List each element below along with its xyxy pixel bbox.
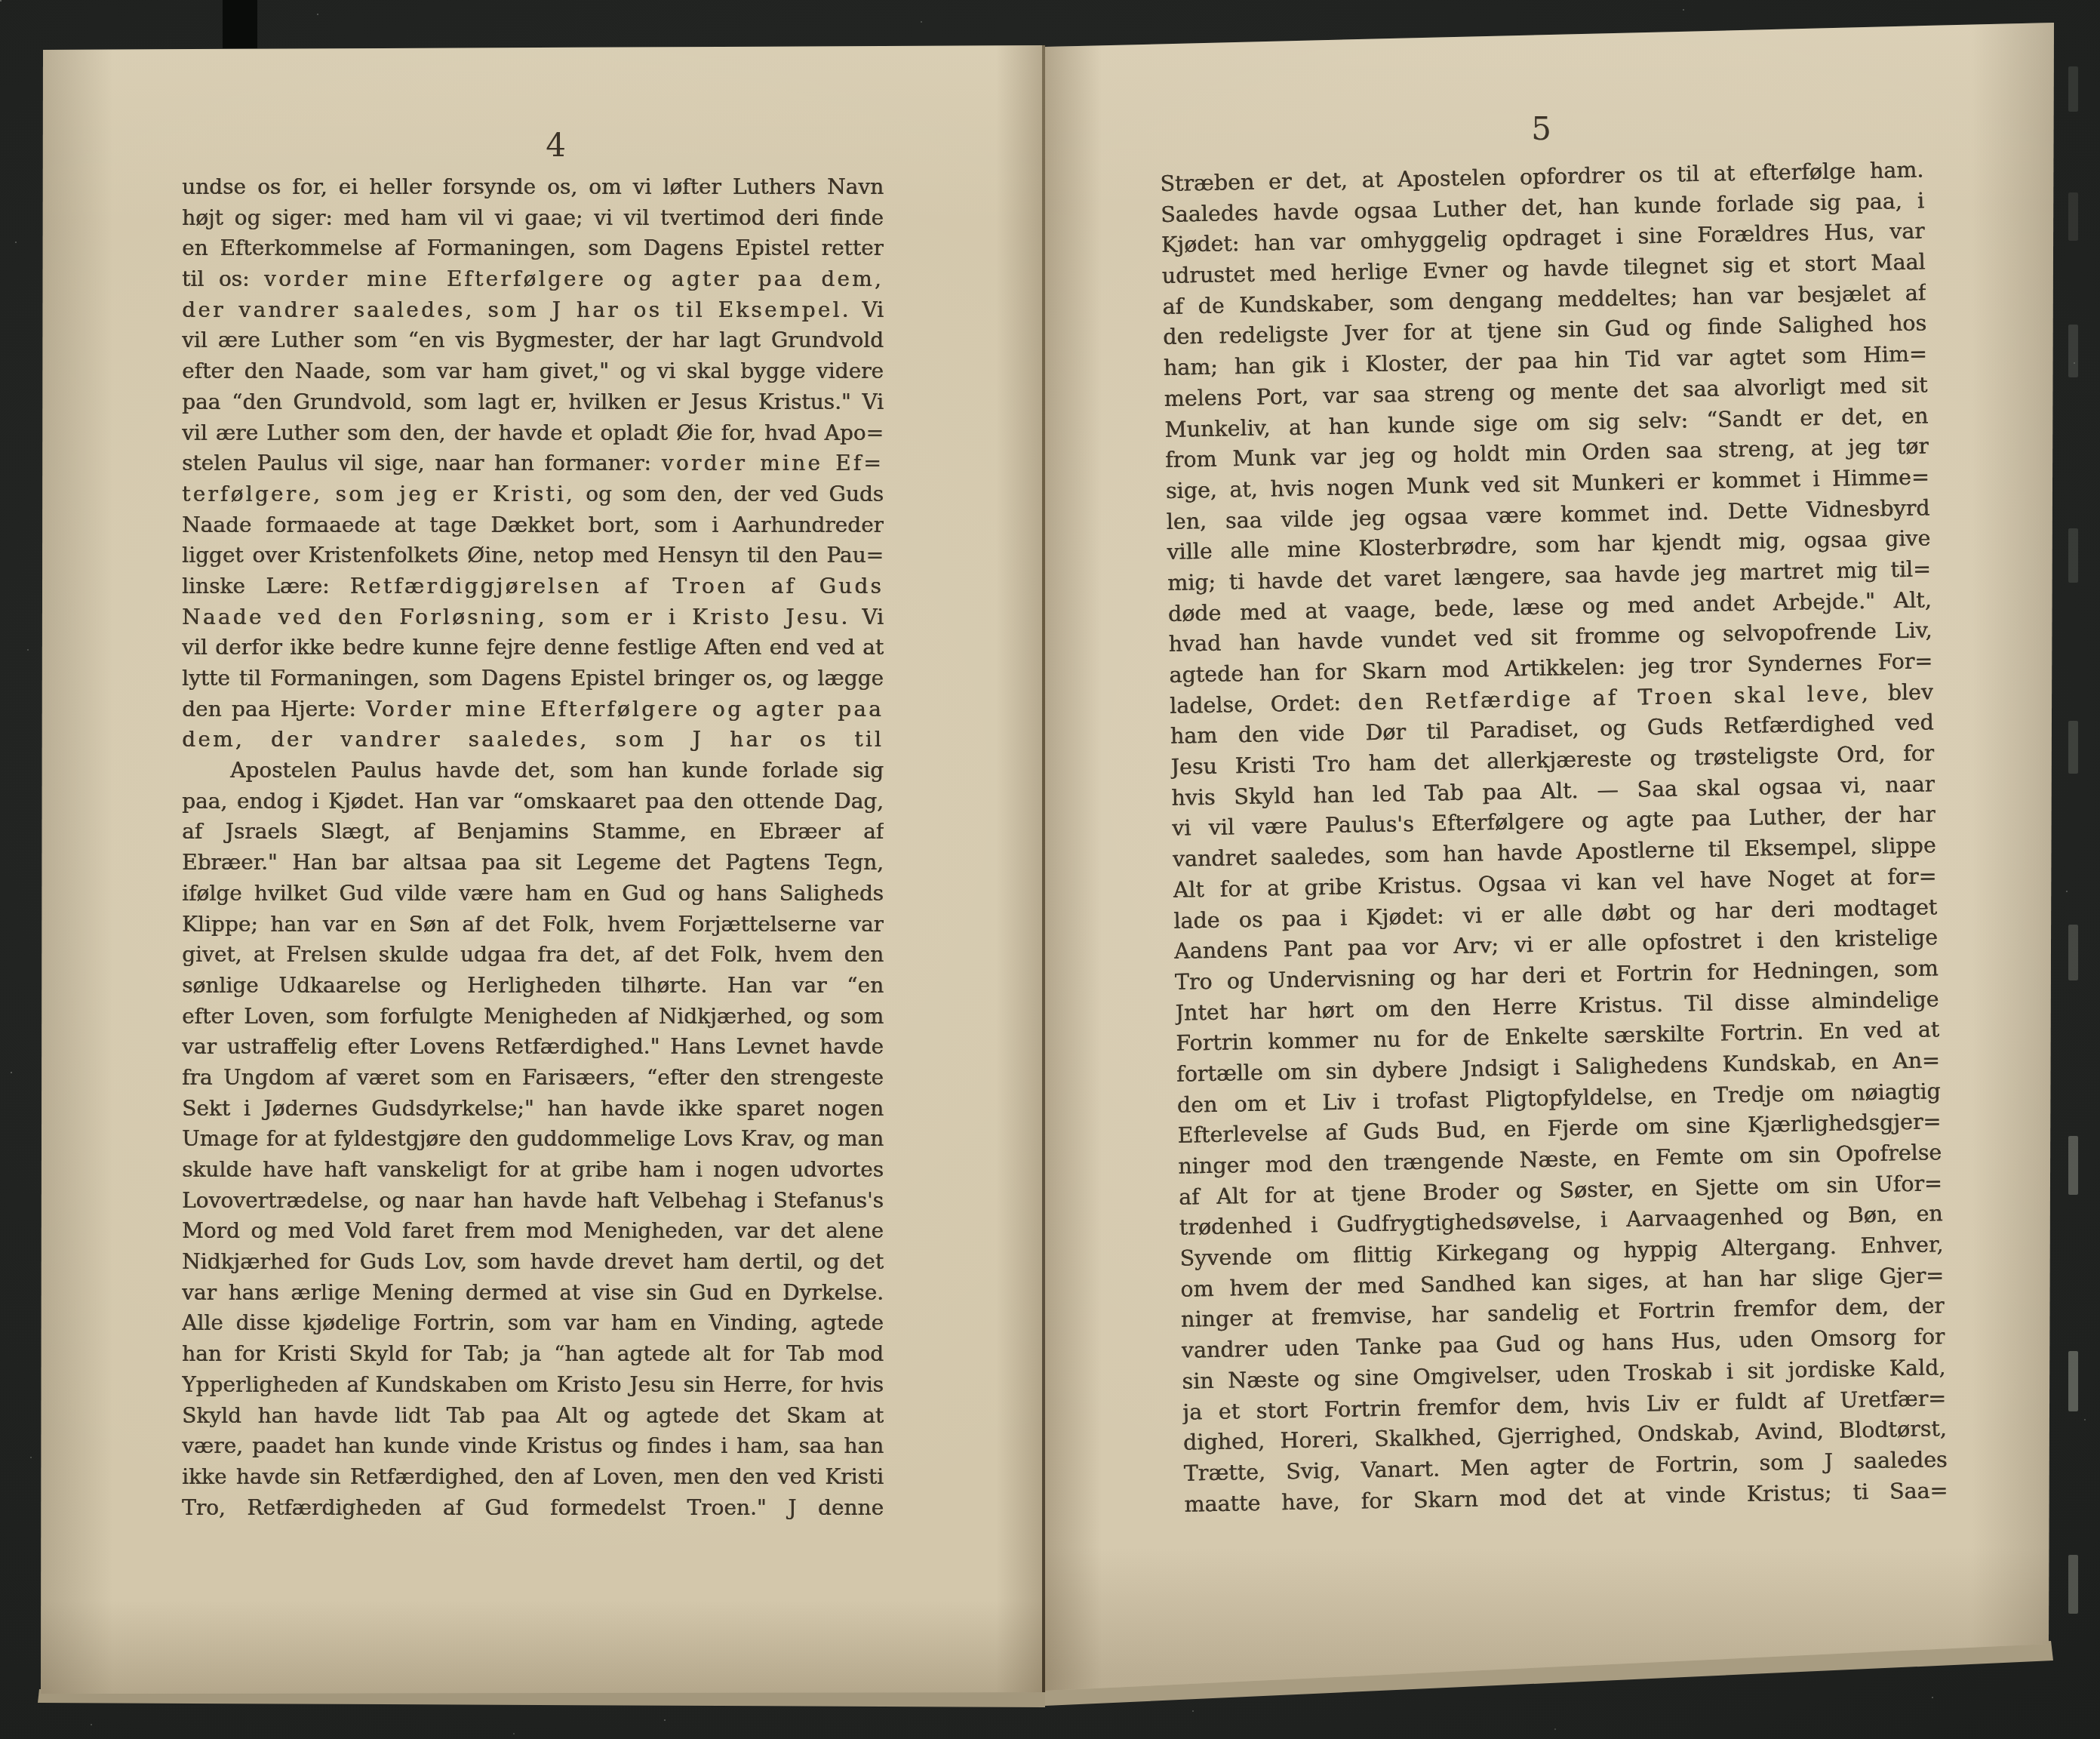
text-segment: og som den, der ved Guds	[575, 482, 884, 506]
text-segment: Klippe; han var en Søn af det Folk, hvem…	[182, 912, 884, 937]
text-segment: Mord og med Vold faret frem mod Menighed…	[182, 1218, 884, 1243]
text-line: Sekt i Jødernes Gudsdyrkelse;" han havde…	[182, 1094, 884, 1125]
binding-mark	[2068, 1136, 2078, 1195]
text-segment: til os:	[182, 266, 264, 291]
emphasized-text-segment: dem, der vandrer saaledes, som J har os …	[182, 727, 884, 756]
text-segment: den paa Hjerte:	[182, 697, 366, 722]
text-line: var hans ærlige Mening dermed at vise si…	[182, 1278, 884, 1309]
text-line: en Efterkommelse af Formaningen, som Dag…	[182, 233, 884, 264]
text-segment: var ustraffelig efter Lovens Retfærdighe…	[182, 1034, 884, 1059]
text-line: være, paadet han kunde vinde Kristus og …	[182, 1431, 884, 1462]
text-segment: blev	[1871, 679, 1934, 706]
text-segment: fra Ungdom af været som en Farisæers, “e…	[182, 1065, 884, 1090]
text-segment: Vi	[851, 297, 884, 322]
text-segment: højt og siger: med ham vil vi gaae; vi v…	[182, 205, 884, 230]
text-segment: ikke havde sin Retfærdighed, den af Love…	[182, 1464, 884, 1489]
text-segment: givet, at Frelsen skulde udgaa fra det, …	[182, 942, 884, 967]
text-line: linske Lære: Retfærdiggjørelsen af Troen…	[182, 571, 884, 602]
emphasized-text-segment: Vorder mine Efterfølgere og agter paa	[366, 697, 884, 722]
text-line: Klippe; han var en Søn af det Folk, hvem…	[182, 910, 884, 940]
text-line: efter Loven, som forfulgte Menigheden af…	[182, 1002, 884, 1033]
text-line: var ustraffelig efter Lovens Retfærdighe…	[182, 1032, 884, 1063]
text-line: højt og siger: med ham vil vi gaae; vi v…	[182, 203, 884, 234]
text-line: paa, endog i Kjødet. Han var “omskaaret …	[182, 786, 884, 817]
text-segment: paa “den Grundvold, som lagt er, hvilken…	[182, 389, 884, 414]
text-line: vil derfor ikke bedre kunne fejre denne …	[182, 633, 884, 663]
text-segment: sønlige Udkaarelse og Herligheden tilhør…	[182, 973, 884, 1002]
text-segment: af Jsraels Slægt, af Benjamins Stamme, e…	[182, 819, 884, 844]
text-segment: paa, endog i Kjødet. Han var “omskaaret …	[182, 789, 884, 814]
emphasized-text-segment: vorder mine Efterfølgere og agter paa de…	[264, 266, 884, 291]
text-line: Ypperligheden af Kundskaben om Kristo Je…	[182, 1370, 884, 1401]
text-segment: Nidkjærhed for Guds Lov, som havde dreve…	[182, 1249, 884, 1274]
text-line: givet, at Frelsen skulde udgaa fra det, …	[182, 940, 884, 971]
text-line: Umage for at fyldestgjøre den guddommeli…	[182, 1124, 884, 1155]
binding-mark	[2068, 325, 2078, 377]
text-segment: Umage for at fyldestgjøre den guddommeli…	[182, 1126, 884, 1151]
text-segment: stelen Paulus vil sige, naar han formane…	[182, 451, 662, 476]
text-line: til os: vorder mine Efterfølgere og agte…	[182, 264, 884, 295]
text-segment: efter Loven, som forfulgte Menigheden af…	[182, 1004, 884, 1029]
text-segment: være, paadet han kunde vinde Kristus og …	[182, 1433, 884, 1458]
photo-background: 4 undse os for, ei heller forsynde os, o…	[0, 0, 2100, 1739]
binding-mark	[2068, 721, 2078, 774]
text-segment: han for Kristi Skyld for Tab; ja “han ag…	[182, 1341, 884, 1366]
text-segment: linske Lære:	[182, 574, 350, 599]
text-segment: Ebræer." Han bar altsaa paa sit Legeme d…	[182, 850, 884, 875]
gutter-fold	[1042, 45, 1045, 1692]
binding-mark	[2068, 1351, 2078, 1411]
text-line: der vandrer saaledes, som J har os til E…	[182, 295, 884, 326]
text-segment: Skyld han havde lidt Tab paa Alt og agte…	[182, 1403, 884, 1428]
text-segment: Lovovertrædelse, og naar han havde haft …	[182, 1188, 884, 1213]
text-line: Naade ved den Forløsning, som er i Krist…	[182, 602, 884, 633]
text-line: Lovovertrædelse, og naar han havde haft …	[182, 1186, 884, 1217]
text-line: Ebræer." Han bar altsaa paa sit Legeme d…	[182, 848, 884, 879]
text-segment: Alle disse kjødelige Fortrin, som var ha…	[182, 1310, 884, 1335]
text-segment: ladelse, Ordet:	[1170, 690, 1358, 719]
text-line: Naade formaaede at tage Dækket bort, som…	[182, 510, 884, 541]
binding-mark	[2068, 925, 2078, 980]
text-segment: ligget over Kristenfolkets Øine, netop m…	[182, 543, 884, 568]
text-line: Skyld han havde lidt Tab paa Alt og agte…	[182, 1401, 884, 1432]
text-segment: vil ære Luther som “en vis Bygmester, de…	[182, 328, 884, 352]
text-line: paa “den Grundvold, som lagt er, hvilken…	[182, 387, 884, 418]
background-notch	[223, 0, 257, 48]
text-segment: efter den Naade, som var ham givet," og …	[182, 359, 884, 383]
text-segment: Vi	[850, 605, 884, 629]
emphasized-text-segment: terfølgere, som jeg er Kristi,	[182, 482, 575, 506]
text-segment: Ypperligheden af Kundskaben om Kristo Je…	[182, 1372, 884, 1397]
text-segment: Tro, Retfærdigheden af Gud formedelst Tr…	[182, 1495, 884, 1520]
text-line: vil ære Luther som den, der havde et opl…	[182, 418, 884, 449]
text-line: han for Kristi Skyld for Tab; ja “han ag…	[182, 1339, 884, 1370]
text-line: Apostelen Paulus havde det, som han kund…	[182, 756, 884, 786]
text-line: dem, der vandrer saaledes, som J har os …	[182, 725, 884, 756]
text-line: ifølge hvilket Gud vilde være ham en Gud…	[182, 879, 884, 910]
text-segment: Apostelen Paulus havde det, som han kund…	[230, 758, 884, 783]
text-line: den paa Hjerte: Vorder mine Efterfølgere…	[182, 694, 884, 725]
text-line: skulde have haft vanskeligt for at gribe…	[182, 1155, 884, 1186]
text-segment: ifølge hvilket Gud vilde være ham en Gud…	[182, 881, 884, 906]
text-line: terfølgere, som jeg er Kristi, og som de…	[182, 479, 884, 510]
text-line: ikke havde sin Retfærdighed, den af Love…	[182, 1462, 884, 1493]
text-segment: vil ære Luther som den, der havde et opl…	[182, 420, 884, 445]
text-line: Nidkjærhed for Guds Lov, som havde dreve…	[182, 1247, 884, 1278]
text-segment: skulde have haft vanskeligt for at gribe…	[182, 1157, 884, 1182]
right-page-text: Stræben er det, at Apostelen opfordrer o…	[1160, 155, 1948, 1519]
text-segment: var hans ærlige Mening dermed at vise si…	[182, 1280, 884, 1305]
binding-mark	[2068, 528, 2078, 583]
text-segment: en Efterkommelse af Formaningen, som Dag…	[182, 235, 884, 260]
text-line: sønlige Udkaarelse og Herligheden tilhør…	[182, 971, 884, 1002]
text-line: Mord og med Vold faret frem mod Menighed…	[182, 1216, 884, 1247]
text-line: af Jsraels Slægt, af Benjamins Stamme, e…	[182, 817, 884, 848]
dust-speckles	[0, 0, 2, 2]
text-line: Alle disse kjødelige Fortrin, som var ha…	[182, 1308, 884, 1339]
emphasized-text-segment: Naade ved den Forløsning, som er i Krist…	[182, 605, 850, 629]
text-segment: undse os for, ei heller forsynde os, om …	[182, 174, 884, 199]
page-number: 5	[1160, 110, 1923, 147]
binding-mark	[2068, 66, 2078, 112]
text-line: stelen Paulus vil sige, naar han formane…	[182, 448, 884, 479]
text-line: fra Ungdom af været som en Farisæers, “e…	[182, 1063, 884, 1094]
text-line: Tro, Retfærdigheden af Gud formedelst Tr…	[182, 1493, 884, 1524]
text-segment: lytte til Formaningen, som Dagens Episte…	[182, 666, 884, 691]
text-line: vil ære Luther som “en vis Bygmester, de…	[182, 325, 884, 356]
binding-mark	[2068, 1555, 2078, 1614]
text-line: efter den Naade, som var ham givet," og …	[182, 356, 884, 387]
text-line: lytte til Formaningen, som Dagens Episte…	[182, 663, 884, 694]
left-page-text: undse os for, ei heller forsynde os, om …	[182, 172, 884, 1523]
emphasized-text-segment: vorder mine Ef=	[662, 451, 884, 476]
text-segment: Naade formaaede at tage Dækket bort, som…	[182, 512, 884, 541]
emphasized-text-segment: Retfærdiggjørelsen af Troen af Guds	[350, 574, 884, 599]
text-segment: vil derfor ikke bedre kunne fejre denne …	[182, 635, 884, 660]
emphasized-text-segment: der vandrer saaledes, som J har os til E…	[182, 297, 851, 322]
page-number: 4	[182, 127, 884, 164]
text-segment: Sekt i Jødernes Gudsdyrkelse;" han havde…	[182, 1096, 884, 1121]
binding-mark	[2068, 192, 2078, 241]
text-line: undse os for, ei heller forsynde os, om …	[182, 172, 884, 203]
text-line: ligget over Kristenfolkets Øine, netop m…	[182, 540, 884, 571]
